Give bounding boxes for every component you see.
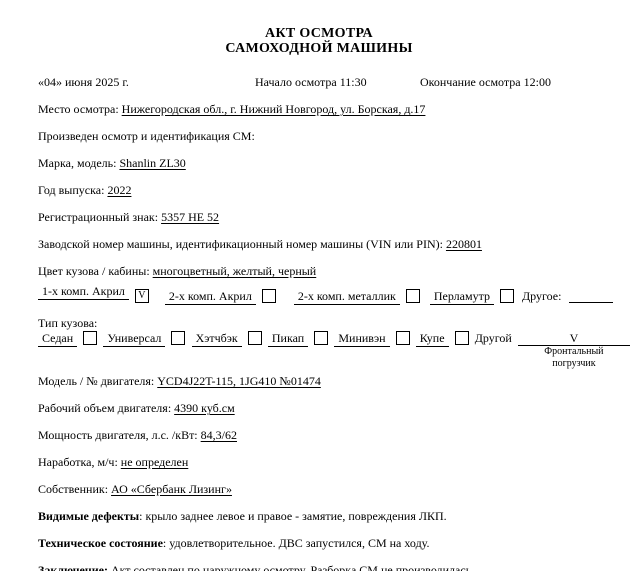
body-type-option-label: Минивэн — [334, 331, 389, 347]
body-type-option-label: Хэтчбэк — [192, 331, 242, 347]
body-type-option-label: Универсал — [103, 331, 165, 347]
conclusion-text: Акт составлен по наружному осмотру. Разб… — [108, 563, 474, 571]
body-type-other-note-line1: Фронтальный — [518, 346, 630, 358]
field-reg-plate: Регистрационный знак: 5357 НЕ 52 — [38, 210, 638, 224]
body-type-option-label: Седан — [38, 331, 77, 347]
paint-option-label: Перламутр — [430, 289, 494, 305]
checkbox-minivan[interactable] — [396, 331, 410, 345]
visible-defects-text: : крыло заднее левое и правое - замятие,… — [139, 509, 447, 523]
body-type-label: Тип кузова: — [38, 316, 638, 330]
checkbox-pearl[interactable] — [500, 289, 514, 303]
visible-defects-label: Видимые дефекты — [38, 509, 139, 523]
field-label: Заводской номер машины, идентификационны… — [38, 237, 443, 251]
paint-option-metallic-2k: 2-х комп. металлик — [294, 289, 420, 303]
field-make-model: Марка, модель: Shanlin ZL30 — [38, 156, 638, 170]
paint-option-label: 2-х комп. металлик — [294, 289, 400, 305]
field-value: YCD4J22T-115, 1JG410 №01474 — [157, 374, 321, 388]
field-value: Shanlin ZL30 — [119, 156, 185, 170]
document-title-line2: САМОХОДНОЙ МАШИНЫ — [38, 41, 600, 56]
paint-type-row: 1-х комп. АкрилV 2-х комп. Акрил 2-х ком… — [38, 284, 613, 303]
checkbox-pickup[interactable] — [314, 331, 328, 345]
field-label: Модель / № двигателя: — [38, 374, 154, 388]
paint-option-acrylic-2k: 2-х комп. Акрил — [165, 289, 276, 303]
body-type-option-label: Купе — [416, 331, 449, 347]
checkbox-sedan[interactable] — [83, 331, 97, 345]
checkbox-hatchback[interactable] — [248, 331, 262, 345]
field-value: 84,3/62 — [201, 428, 237, 442]
inspection-start-time: Начало осмотра 11:30 — [255, 75, 420, 89]
body-type-option-wagon: Универсал — [103, 331, 185, 345]
document-page: АКТ ОСМОТРА САМОХОДНОЙ МАШИНЫ «04» июня … — [0, 0, 638, 571]
field-label: Мощность двигателя, л.с. /кВт: — [38, 428, 198, 442]
field-value: 4390 куб.см — [174, 401, 235, 415]
field-label: Наработка, м/ч: — [38, 455, 118, 469]
field-engine-model: Модель / № двигателя: YCD4J22T-115, 1JG4… — [38, 374, 638, 388]
document-title: АКТ ОСМОТРА САМОХОДНОЙ МАШИНЫ — [38, 26, 600, 56]
technical-condition-text: : удовлетворительное. ДВС запустился, СМ… — [163, 536, 430, 550]
paint-other-label: Другое: — [522, 289, 561, 303]
field-label: Рабочий объем двигателя: — [38, 401, 171, 415]
body-type-option-minivan: Минивэн — [334, 331, 409, 345]
field-value: не определен — [121, 455, 189, 469]
field-value: АО «Сбербанк Лизинг» — [111, 482, 232, 496]
body-type-option-sedan: Седан — [38, 331, 97, 345]
checkbox-acrylic-1k-checked[interactable]: V — [135, 289, 149, 303]
paint-option-pearl: Перламутр — [430, 289, 514, 303]
document-title-line1: АКТ ОСМОТРА — [38, 26, 600, 41]
paint-option-acrylic-1k: 1-х комп. АкрилV — [38, 284, 149, 303]
technical-condition-label: Техническое состояние — [38, 536, 163, 550]
field-value: Нижегородская обл., г. Нижний Новгород, … — [122, 102, 426, 116]
field-label: Регистрационный знак: — [38, 210, 158, 224]
paint-option-label: 2-х комп. Акрил — [165, 289, 256, 305]
field-owner: Собственник: АО «Сбербанк Лизинг» — [38, 482, 638, 496]
body-type-option-label: Пикап — [268, 331, 308, 347]
field-value: 5357 НЕ 52 — [161, 210, 219, 224]
body-type-other-note-line2: погрузчик — [518, 358, 630, 370]
field-color: Цвет кузова / кабины: многоцветный, желт… — [38, 264, 638, 278]
paint-option-label: 1-х комп. Акрил — [38, 284, 129, 300]
visible-defects-line: Видимые дефекты: крыло заднее левое и пр… — [38, 509, 638, 523]
field-label: Марка, модель: — [38, 156, 116, 170]
conclusion-line: Заключение: Акт составлен по наружному о… — [38, 563, 638, 571]
conclusion-label: Заключение: — [38, 563, 108, 571]
body-type-option-pickup: Пикап — [268, 331, 328, 345]
body-type-option-coupe: Купе — [416, 331, 469, 345]
field-value: 220801 — [446, 237, 482, 251]
checkbox-wagon[interactable] — [171, 331, 185, 345]
field-engine-volume: Рабочий объем двигателя: 4390 куб.см — [38, 401, 638, 415]
body-type-row: Седан Универсал Хэтчбэк Пикап Минивэн Ку… — [38, 331, 630, 370]
field-value: многоцветный, желтый, черный — [153, 264, 317, 278]
inspection-end-time: Окончание осмотра 12:00 — [420, 75, 638, 89]
field-year: Год выпуска: 2022 — [38, 183, 638, 197]
field-label: Цвет кузова / кабины: — [38, 264, 150, 278]
checkbox-acrylic-2k[interactable] — [262, 289, 276, 303]
field-label: Место осмотра: — [38, 102, 119, 116]
paint-other-group: Другое: — [522, 289, 613, 303]
field-label: Год выпуска: — [38, 183, 104, 197]
paint-other-blank-line — [569, 289, 613, 303]
field-vin: Заводской номер машины, идентификационны… — [38, 237, 638, 251]
body-type-other-value: V — [518, 331, 630, 346]
body-type-option-hatchback: Хэтчбэк — [192, 331, 262, 345]
intro-line: Произведен осмотр и идентификация СМ: — [38, 129, 638, 143]
field-engine-power: Мощность двигателя, л.с. /кВт: 84,3/62 — [38, 428, 638, 442]
field-value: 2022 — [107, 183, 131, 197]
field-label: Собственник: — [38, 482, 108, 496]
technical-condition-line: Техническое состояние: удовлетворительно… — [38, 536, 638, 550]
field-location: Место осмотра: Нижегородская обл., г. Ни… — [38, 102, 638, 116]
field-operating-hours: Наработка, м/ч: не определен — [38, 455, 638, 469]
checkbox-coupe[interactable] — [455, 331, 469, 345]
body-type-other-label: Другой — [475, 331, 512, 345]
inspection-date: «04» июня 2025 г. — [38, 75, 255, 89]
checkbox-metallic-2k[interactable] — [406, 289, 420, 303]
body-type-other-cell: V Фронтальный погрузчик — [518, 331, 630, 370]
meta-row: «04» июня 2025 г. Начало осмотра 11:30 О… — [38, 75, 638, 89]
